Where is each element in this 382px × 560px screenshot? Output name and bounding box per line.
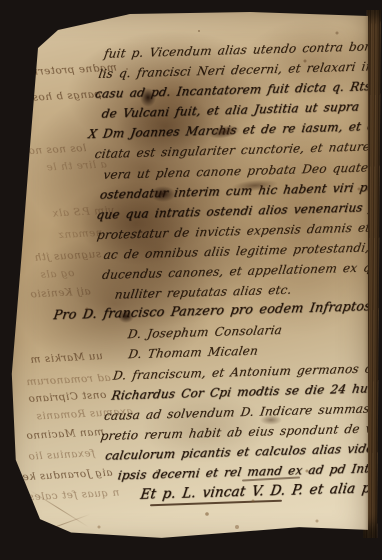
bleed-through-text: n quas fet cales bbox=[28, 487, 120, 504]
bleed-through-text: aij Kenisio bbox=[30, 285, 91, 300]
foxing-specks bbox=[6, 8, 8, 10]
manuscript-text-block: fuit p. Vicendum alias utendo contra bon… bbox=[96, 36, 368, 506]
bleed-through-text: sugnous jth bbox=[34, 248, 102, 263]
folio-number: 633 bbox=[19, 44, 32, 67]
bleed-through-text: og als bbox=[40, 267, 75, 281]
bleed-through-text: los nos noua bbox=[14, 142, 87, 158]
bleed-through-text: man Macinno bbox=[26, 426, 104, 442]
bleed-through-text: uu Markis m bbox=[30, 350, 103, 366]
bleed-through-text: onst Cipriano bbox=[28, 389, 107, 405]
bleed-through-text: aig Jorandus ke bbox=[22, 467, 113, 484]
bleed-through-text: ad romanorum bbox=[26, 372, 111, 388]
photograph-background: 633 madne proternt pangs b hos los nos n… bbox=[0, 0, 382, 560]
foxing-spot bbox=[16, 188, 25, 197]
paper-crease bbox=[34, 514, 91, 535]
bleed-through-text: fexanius lio bbox=[28, 447, 95, 462]
bleed-through-text: pangs b hos bbox=[32, 88, 102, 104]
manuscript-page: 633 madne proternt pangs b hos los nos n… bbox=[6, 8, 368, 546]
